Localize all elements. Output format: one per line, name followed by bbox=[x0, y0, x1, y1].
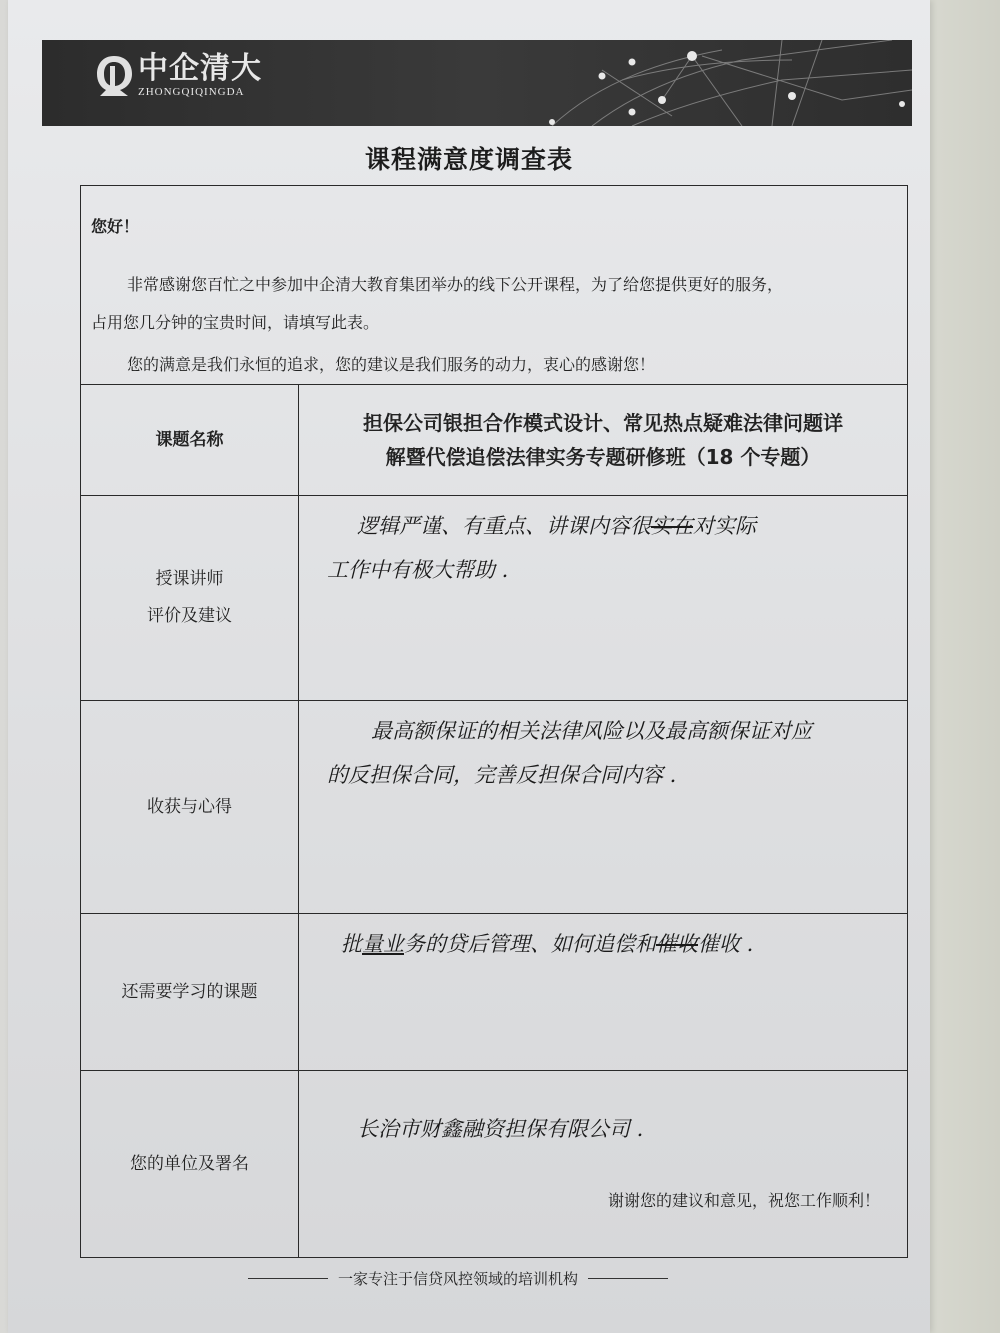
handwritten-text: 工作中有极大帮助 . bbox=[327, 548, 897, 592]
greeting-row: 您好！ 非常感谢您百忙之中参加中企清大教育集团举办的线下公开课程，为了给您提供更… bbox=[81, 186, 908, 385]
course-name-line-2: 解暨代偿追偿法律实务专题研修班（18 个专题） bbox=[307, 440, 899, 474]
course-name-line-1: 担保公司银担合作模式设计、常见热点疑难法律问题详 bbox=[307, 406, 899, 440]
course-name-label: 课题名称 bbox=[81, 385, 299, 496]
footer-text: 一家专注于信贷风控领域的培训机构 bbox=[338, 1268, 578, 1289]
zq-logo-icon bbox=[94, 52, 134, 98]
handwritten-text: 长治市财鑫融资担保有限公司 . bbox=[327, 1107, 897, 1151]
gains-label: 收获与心得 bbox=[81, 701, 299, 914]
crossed-out-text: 催收 bbox=[656, 932, 698, 956]
instructor-label-line-1: 授课讲师 bbox=[82, 561, 297, 598]
greeting-paragraph-1: 非常感谢您百忙之中参加中企清大教育集团举办的线下公开课程，为了给您提供更好的服务… bbox=[91, 266, 897, 304]
signature-row: 您的单位及署名 长治市财鑫融资担保有限公司 . bbox=[81, 1071, 908, 1258]
course-name-row: 课题名称 担保公司银担合作模式设计、常见热点疑难法律问题详 解暨代偿追偿法律实务… bbox=[81, 385, 908, 496]
survey-form-table: 您好！ 非常感谢您百忙之中参加中企清大教育集团举办的线下公开课程，为了给您提供更… bbox=[80, 185, 908, 1258]
instructor-label-line-2: 评价及建议 bbox=[82, 598, 297, 635]
handwritten-text: 的反担保合同，完善反担保合同内容 . bbox=[327, 753, 897, 797]
footer-tagline: 一家专注于信贷风控领域的培训机构 bbox=[238, 1268, 678, 1289]
brand-name-cn: 中企清大 bbox=[138, 52, 262, 86]
further-topics-row: 还需要学习的课题 批量业务的贷后管理、如何追偿和催收催收 . bbox=[81, 914, 908, 1071]
survey-sheet: 中企清大 ZHONGQIQINGDA 课程满意度调查表 您好！ 非常感谢您百忙之… bbox=[8, 0, 930, 1333]
instructor-evaluation-field[interactable]: 逻辑严谨、有重点、讲课内容很实在对实际 工作中有极大帮助 . bbox=[299, 496, 908, 701]
divider bbox=[248, 1278, 328, 1279]
greeting-paragraph-1-cont: 占用您几分钟的宝贵时间，请填写此表。 bbox=[91, 304, 897, 342]
divider bbox=[588, 1278, 668, 1279]
further-topics-field[interactable]: 批量业务的贷后管理、如何追偿和催收催收 . bbox=[299, 914, 908, 1071]
network-globe-graphic bbox=[492, 40, 912, 126]
instructor-evaluation-label: 授课讲师 评价及建议 bbox=[81, 496, 299, 701]
instructor-evaluation-row: 授课讲师 评价及建议 逻辑严谨、有重点、讲课内容很实在对实际 工作中有极大帮助 … bbox=[81, 496, 908, 701]
crossed-out-text: 实在 bbox=[651, 514, 693, 538]
handwritten-text: 逻辑严谨、有重点、讲课内容很 bbox=[357, 514, 651, 538]
handwritten-text: 对实际 bbox=[693, 514, 756, 538]
greeting-salutation: 您好！ bbox=[91, 208, 897, 246]
further-topics-label: 还需要学习的课题 bbox=[81, 914, 299, 1071]
underlined-text: 量业 bbox=[362, 932, 404, 956]
greeting-cell: 您好！ 非常感谢您百忙之中参加中企清大教育集团举办的线下公开课程，为了给您提供更… bbox=[81, 186, 908, 385]
course-name-value: 担保公司银担合作模式设计、常见热点疑难法律问题详 解暨代偿追偿法律实务专题研修班… bbox=[299, 385, 908, 496]
handwritten-text: 催收 . bbox=[698, 932, 753, 956]
handwritten-text: 最高额保证的相关法律风险以及最高额保证对应 bbox=[327, 709, 897, 753]
signature-label: 您的单位及署名 bbox=[81, 1071, 299, 1258]
closing-message: 谢谢您的建议和意见，祝您工作顺利！ bbox=[608, 1188, 880, 1211]
brand-logo: 中企清大 ZHONGQIQINGDA bbox=[94, 52, 262, 98]
handwritten-text: 务的贷后管理、如何追偿和 bbox=[404, 932, 656, 956]
signature-field[interactable]: 长治市财鑫融资担保有限公司 . bbox=[299, 1071, 908, 1258]
greeting-paragraph-2: 您的满意是我们永恒的追求，您的建议是我们服务的动力，衷心的感谢您！ bbox=[91, 346, 897, 384]
handwritten-text: 批 bbox=[341, 932, 362, 956]
page-title: 课程满意度调查表 bbox=[8, 140, 930, 176]
header-banner: 中企清大 ZHONGQIQINGDA bbox=[42, 40, 912, 126]
gains-row: 收获与心得 最高额保证的相关法律风险以及最高额保证对应 的反担保合同，完善反担保… bbox=[81, 701, 908, 914]
gains-field[interactable]: 最高额保证的相关法律风险以及最高额保证对应 的反担保合同，完善反担保合同内容 . bbox=[299, 701, 908, 914]
brand-name-en: ZHONGQIQINGDA bbox=[138, 86, 262, 98]
